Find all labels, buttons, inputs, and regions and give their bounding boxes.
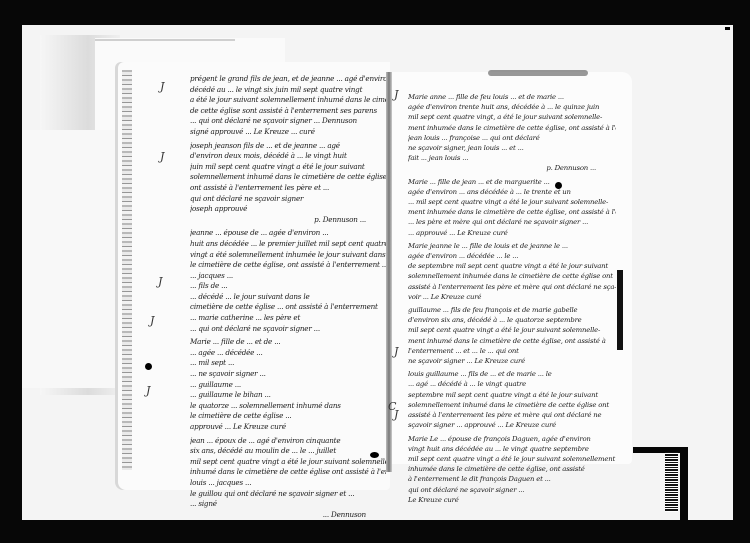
entry-line: sçavoir signer ... approuvé ... Le Kreuz…: [408, 420, 616, 430]
signature: p. Dennuson ...: [190, 215, 386, 226]
entry-line: solemnellement inhumé dans le cimetière …: [190, 172, 386, 183]
entry-approval: joseph approuvé: [190, 204, 386, 215]
entry-line: le cimetière de cette église, ont assist…: [190, 260, 386, 271]
entry-line: ... mil sept cent quatre vingt a été le …: [408, 197, 616, 207]
entry-line: ... agée ... décédée ...: [190, 348, 386, 359]
entry-line: le quatorze ... solemnellement inhumé da…: [190, 401, 386, 412]
margin-mark: J: [150, 314, 154, 327]
entry-line: inhumé dans le cimetière de cette église…: [190, 467, 386, 478]
ink-blot: [370, 452, 379, 458]
entry-line: ne sçavoir signer ... Le Kreuze curé: [408, 356, 616, 366]
entry-line: jean ... époux de ... agé d'environ cinq…: [190, 436, 386, 447]
entry-line: agée d'environ ... décédée ... le ...: [408, 251, 616, 261]
signature: ... Dennuson: [190, 510, 386, 521]
entry-line: à l'enterrement le dit françois Daguen e…: [408, 474, 616, 484]
entry-line: ... guillaume ...: [190, 380, 386, 391]
ink-blot: [555, 182, 562, 189]
entry-line: approuvé ... Le Kreuze curé: [190, 422, 386, 433]
entry-line: ment inhumée dans le cimetière de cette …: [408, 123, 616, 133]
entry-line: ... approuvé ... Le Kreuze curé: [408, 228, 616, 238]
register-entry: louis guillaume ... fils de ... et de ma…: [408, 369, 616, 430]
base-sheet: [22, 130, 122, 388]
entry-line: Marie ... fille de jean ... et de margue…: [408, 177, 616, 187]
entry-line: a été le jour suivant solemnellement inh…: [190, 95, 386, 106]
entry-line: ne sçavoir signer, jean louis ... et ...: [408, 143, 616, 153]
backing-sheet-edge: [95, 39, 235, 41]
entry-line: ... qui ont déclaré ne sçavoir signer ..…: [190, 324, 386, 335]
frame-mark: [725, 27, 730, 30]
entry-line: mil sept cent quatre vingt a été le jour…: [190, 457, 386, 468]
register-entry: jean ... époux de ... agé d'environ cinq…: [190, 436, 386, 521]
entry-line: Marie jeanne le ... fille de louis et de…: [408, 241, 616, 251]
entry-line: mil sept cent quatre vingt a été le jour…: [408, 454, 616, 464]
entry-line: Marie Le ... épouse de françois Daguen, …: [408, 434, 616, 444]
entry-line: de septembre mil sept cent quatre vingt …: [408, 261, 616, 271]
entry-line: Marie anne ... fille de feu louis ... et…: [408, 92, 616, 102]
margin-mark: J: [394, 88, 398, 101]
barcode-icon: [665, 452, 678, 512]
entry-line: assisté à l'enterrement les père et mère…: [408, 410, 616, 420]
register-entry: jeanne ... épouse de ... agée d'environ …: [190, 228, 386, 334]
right-page-dark-edge: [617, 270, 623, 350]
register-entry: joseph jeanson fils de ... et de jeanne …: [190, 141, 386, 226]
entry-line: inhumée dans le cimetière de cette églis…: [408, 464, 616, 474]
entry-line: ... mil sept ...: [190, 358, 386, 369]
entry-line: Marie ... fille de ... et de ...: [190, 337, 386, 348]
entry-line: agée d'environ ... ans décédée à ... le …: [408, 187, 616, 197]
left-page-torn-edge: [122, 70, 132, 470]
margin-mark: J: [394, 408, 398, 421]
entry-line: ... marie catherine ... les père et: [190, 313, 386, 324]
entry-line: six ans, décédé au moulin de ... le ... …: [190, 446, 386, 457]
entry-line: septembre mil sept cent quatre vingt a é…: [408, 390, 616, 400]
entry-line: louis ... jacques ...: [190, 478, 386, 489]
entry-line: de cette église sont assisté à l'enterre…: [190, 106, 386, 117]
entry-line: ... signé: [190, 499, 386, 510]
left-page-text: prégent le grand fils de jean, et de jea…: [190, 74, 386, 523]
entry-line: Le Kreuze curé: [408, 495, 616, 505]
entry-line: jeanne ... épouse de ... agée d'environ …: [190, 228, 386, 239]
entry-line: cimetière de cette église ... ont assist…: [190, 302, 386, 313]
entry-line: mil sept cent quatre vingt, a été le jou…: [408, 112, 616, 122]
entry-line: l'enterrement ... et ... le ... qui ont: [408, 346, 616, 356]
margin-mark: J: [394, 345, 398, 358]
entry-line: assisté à l'enterrement les père et mère…: [408, 282, 616, 292]
entry-line: signé approuvé ... Le Kreuze ... curé: [190, 127, 386, 138]
entry-line: joseph jeanson fils de ... et de jeanne …: [190, 141, 386, 152]
register-entry: Marie anne ... fille de feu louis ... et…: [408, 92, 616, 174]
register-entry: Marie ... fille de ... et de ... ... agé…: [190, 337, 386, 432]
margin-mark: J: [146, 384, 150, 397]
entry-line: ... ne sçavoir signer ...: [190, 369, 386, 380]
entry-line: ont assisté à l'enterrement les père et …: [190, 183, 386, 194]
entry-line: ... fils de ...: [190, 281, 386, 292]
margin-mark: J: [158, 275, 162, 288]
entry-line: mil sept cent quatre vingt a été le jour…: [408, 325, 616, 335]
entry-line: d'environ deux mois, décédé à ... le vin…: [190, 151, 386, 162]
register-entry: Marie ... fille de jean ... et de margue…: [408, 177, 616, 238]
entry-line: solemnellement inhumé dans le cimetière …: [408, 400, 616, 410]
entry-line: huit ans décédée ... le premier juillet …: [190, 239, 386, 250]
register-entry: Marie Le ... épouse de françois Daguen, …: [408, 434, 616, 505]
entry-line: ... décédé ... le jour suivant dans le: [190, 292, 386, 303]
entry-line: ... guillaume le bihan ...: [190, 390, 386, 401]
right-page-top-edge: [488, 70, 588, 76]
entry-line: qui ont déclaré ne sçavoir signer: [190, 194, 386, 205]
entry-line: ... les père et mère qui ont déclaré ne …: [408, 217, 616, 227]
signature: p. Dennuson ...: [408, 163, 616, 173]
margin-mark: J: [160, 150, 164, 163]
ink-blot: [145, 363, 152, 370]
entry-line: le guillou qui ont déclaré ne sçavoir si…: [190, 489, 386, 500]
entry-line: prégent le grand fils de jean, et de jea…: [190, 74, 386, 85]
entry-line: le cimetière de cette église ...: [190, 411, 386, 422]
register-entry: guillaume ... fils de feu françois et de…: [408, 305, 616, 366]
entry-line: vingt a été solemnellement inhumée le jo…: [190, 250, 386, 261]
entry-line: qui ont déclaré ne sçavoir signer ...: [408, 485, 616, 495]
entry-line: fait ... jean louis ...: [408, 153, 616, 163]
entry-line: ... qui ont déclaré ne sçavoir signer ..…: [190, 116, 386, 127]
entry-line: agée d'environ trente huit ans, décédée …: [408, 102, 616, 112]
right-page-text: Marie anne ... fille de feu louis ... et…: [408, 92, 616, 508]
scan-bracket: [680, 447, 688, 520]
entry-line: ... jacques ...: [190, 271, 386, 282]
entry-line: ment inhumé dans le cimetière de cette é…: [408, 336, 616, 346]
margin-mark: J: [160, 80, 164, 93]
entry-line: juin mil sept cent quatre vingt a été le…: [190, 162, 386, 173]
register-entry: prégent le grand fils de jean, et de jea…: [190, 74, 386, 138]
entry-line: voir ... Le Kreuze curé: [408, 292, 616, 302]
entry-line: jean louis ... françoise ... qui ont déc…: [408, 133, 616, 143]
entry-line: ment inhumée dans le cimetière de cette …: [408, 207, 616, 217]
entry-line: vingt huit ans décédée au ... le vingt q…: [408, 444, 616, 454]
entry-line: d'environ six ans, décédé à ... le quato…: [408, 315, 616, 325]
entry-line: louis guillaume ... fils de ... et de ma…: [408, 369, 616, 379]
entry-line: décédé au ... le vingt six juin mil sept…: [190, 85, 386, 96]
entry-line: ... agé ... décédé à ... le vingt quatre: [408, 379, 616, 389]
entry-line: solemnellement inhumée dans le cimetière…: [408, 271, 616, 281]
register-entry: Marie jeanne le ... fille de louis et de…: [408, 241, 616, 302]
entry-line: guillaume ... fils de feu françois et de…: [408, 305, 616, 315]
